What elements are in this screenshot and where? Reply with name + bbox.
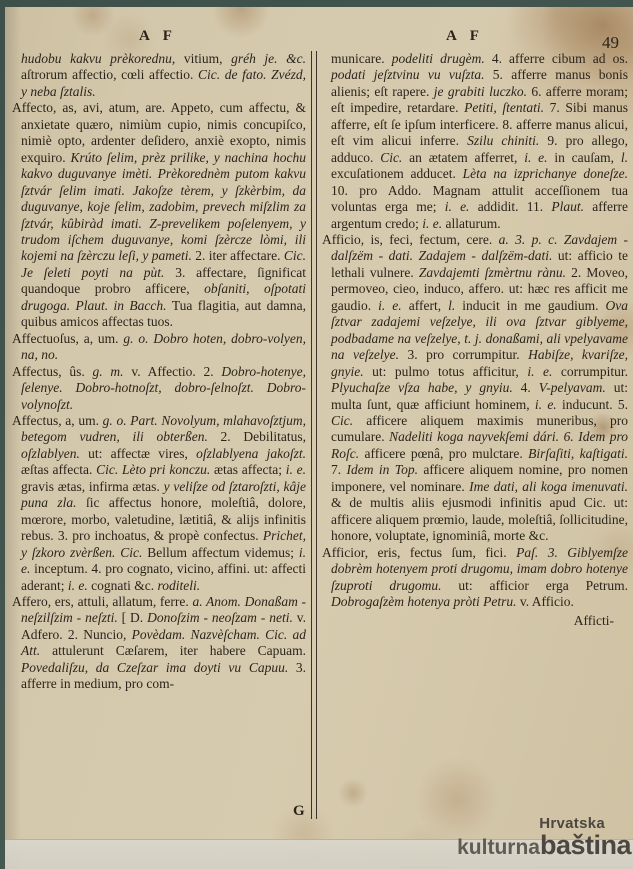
- text-run: i. e.: [68, 578, 91, 593]
- watermark-line2: kulturnabaština: [457, 832, 631, 859]
- text-run: 2. Debilitatus,: [221, 429, 306, 444]
- dictionary-entry: Affecto, as, avi, atum, are. Appeto, cum…: [12, 100, 306, 330]
- dictionary-entry: Affectuoſus, a, um. g. o. Dobro hoten, d…: [12, 331, 306, 364]
- watermark-line2-regular: kulturna: [457, 836, 540, 859]
- text-run: Birſaſiti, kaſtigati.: [528, 446, 628, 461]
- text-run: allaturum.: [445, 216, 500, 231]
- text-run: corrumpitur.: [561, 364, 628, 379]
- text-run: excuſationem adducet.: [331, 166, 463, 181]
- text-run: oſzlablyen.: [21, 446, 88, 461]
- paragraph-continuation: hudobu kakvu prèkorednu, vitium, gréh je…: [12, 51, 306, 100]
- dictionary-entry: Afficio, is, feci, fectum, cere. a. 3. p…: [322, 232, 628, 545]
- text-run: i. e.: [445, 199, 478, 214]
- catchword: Afficti-: [322, 613, 628, 629]
- text-run: v. Affectio. 2.: [131, 364, 221, 379]
- text-run: l.: [621, 150, 628, 165]
- text-run: Affero, ers, attuli, allatum, ferre.: [12, 594, 192, 609]
- text-run: afficere pœnâ, pro mulctare.: [364, 446, 528, 461]
- text-run: i. e.: [286, 462, 306, 477]
- library-watermark: Hrvatska kulturnabaština: [457, 816, 631, 859]
- text-run: oſzlablyena jakoſzt.: [196, 446, 306, 461]
- text-run: 2. iter affectare.: [195, 248, 284, 263]
- dictionary-entry: Affero, ers, attuli, allatum, ferre. a. …: [12, 594, 306, 693]
- text-run: Bellum affectum videmus;: [147, 545, 299, 560]
- text-run: cognati &c.: [91, 578, 157, 593]
- text-run: Affectus, ûs.: [12, 364, 93, 379]
- dictionary-entry: Afficior, eris, fectus ſum, fici. Paſ. 3…: [322, 545, 628, 611]
- text-run: [ D.: [122, 610, 147, 625]
- text-run: Cic.: [331, 413, 366, 428]
- left-column: hudobu kakvu prèkorednu, vitium, gréh je…: [12, 51, 306, 819]
- text-run: i. e.: [422, 216, 445, 231]
- text-run: attulerunt Cæſarem, iter habere Capuam.: [52, 643, 306, 658]
- text-run: l.: [448, 298, 462, 313]
- text-run: podeliti drugèm.: [392, 51, 492, 66]
- text-run: g. m.: [93, 364, 132, 379]
- text-run: Plaut.: [551, 199, 592, 214]
- text-run: municare.: [331, 51, 392, 66]
- text-run: Plyuchaſze vſza habe, y gnyiu.: [331, 380, 521, 395]
- text-run: æſtas affecta.: [21, 462, 96, 477]
- text-run: Ime dati, ali koga imenuvati.: [469, 479, 628, 494]
- text-run: 7.: [331, 462, 347, 477]
- text-run: & de multis aliis ejusmodi infinitis apu…: [331, 495, 628, 543]
- text-run: Afficior, eris, fectus ſum, fici.: [322, 545, 516, 560]
- page-header: A F A F: [11, 28, 631, 45]
- text-run: 3. pro corrumpitur.: [408, 347, 529, 362]
- watermark-line2-bold: baština: [540, 830, 631, 860]
- column-divider-rule: [311, 51, 317, 819]
- text-run: Lèta na izprichanye doneſze.: [463, 166, 628, 181]
- text-run: Affectus, a, um.: [12, 413, 103, 428]
- text-run: gréh je. &c.: [231, 51, 306, 66]
- book-page-scan: A F A F 49 hudobu kakvu prèkorednu, viti…: [0, 0, 633, 869]
- text-run: , vitium,: [172, 51, 231, 66]
- text-columns: hudobu kakvu prèkorednu, vitium, gréh je…: [12, 51, 631, 819]
- text-run: inducit in me gaudium.: [462, 298, 605, 313]
- text-run: Szilu chiniti.: [467, 133, 547, 148]
- signature-mark: G: [293, 803, 305, 820]
- text-run: ut: afficior erga Petrum.: [458, 578, 628, 593]
- running-title-left: A F: [11, 28, 305, 45]
- text-run: podati jeſztvinu vu vuſzta.: [331, 67, 493, 82]
- watermark-line1: Hrvatska: [457, 816, 605, 831]
- text-run: ætas affecta;: [214, 462, 286, 477]
- text-run: addidit. 11.: [478, 199, 552, 214]
- text-run: 4.: [521, 380, 539, 395]
- right-column: municare. podeliti drugèm. 4. afferre ci…: [322, 51, 628, 819]
- text-run: Cic.: [380, 150, 409, 165]
- text-run: i. e.: [527, 364, 561, 379]
- text-run: i. e.: [524, 150, 554, 165]
- text-run: in cauſam,: [554, 150, 621, 165]
- text-run: i. e.: [535, 397, 562, 412]
- text-run: i. e.: [378, 298, 409, 313]
- text-run: ut: affectæ vires,: [88, 446, 196, 461]
- paragraph-continuation: municare. podeliti drugèm. 4. afferre ci…: [322, 51, 628, 232]
- text-run: ut: pulmo totus afficitur,: [372, 364, 527, 379]
- text-run: 4. afferre cibum ad os.: [492, 51, 628, 66]
- text-run: Cic. Lèto pri konczu.: [96, 462, 214, 477]
- text-run: Donoſzim - neoſzam - neti.: [147, 610, 297, 625]
- header-gap: [305, 28, 315, 45]
- text-run: gravis ætas, infirma ætas.: [21, 479, 164, 494]
- text-run: Zavdajemti ſzmèrtnu rànu.: [419, 265, 571, 280]
- text-run: Krúto ſelim, prèz prilike, y nachina hoc…: [21, 150, 306, 264]
- text-run: je grabiti luczko.: [434, 84, 532, 99]
- dictionary-entry: Affectus, ûs. g. m. v. Affectio. 2. Dobr…: [12, 364, 306, 413]
- text-run: Afficio, is, feci, fectum, cere.: [322, 232, 499, 247]
- text-run: inducunt. 5.: [562, 397, 628, 412]
- text-run: Petiti, ſtentati.: [464, 100, 550, 115]
- text-run: v. Afficio.: [520, 594, 574, 609]
- text-run: V-pelyavam.: [539, 380, 614, 395]
- text-run: Idem in Top.: [347, 462, 424, 477]
- text-run: affert,: [409, 298, 448, 313]
- text-run: aſtrorum affectio, cœli affectio.: [21, 67, 198, 82]
- text-run: Povedaliſzu, da Czeſzar ima doyti vu Cap…: [21, 660, 296, 675]
- dictionary-entry: Affectus, a, um. g. o. Part. Novolyum, m…: [12, 413, 306, 594]
- text-run: hudobu kakvu prèkorednu: [21, 51, 172, 66]
- text-run: Dobrogaſzèm hotenya pròti Petru.: [331, 594, 520, 609]
- text-run: Affectuoſus, a, um.: [12, 331, 123, 346]
- page-number: 49: [602, 33, 619, 53]
- running-title-right: A F: [315, 28, 615, 45]
- paper-background: A F A F 49 hudobu kakvu prèkorednu, viti…: [5, 7, 633, 869]
- text-run: roditeli.: [157, 578, 200, 593]
- text-run: an ætatem afferret,: [409, 150, 524, 165]
